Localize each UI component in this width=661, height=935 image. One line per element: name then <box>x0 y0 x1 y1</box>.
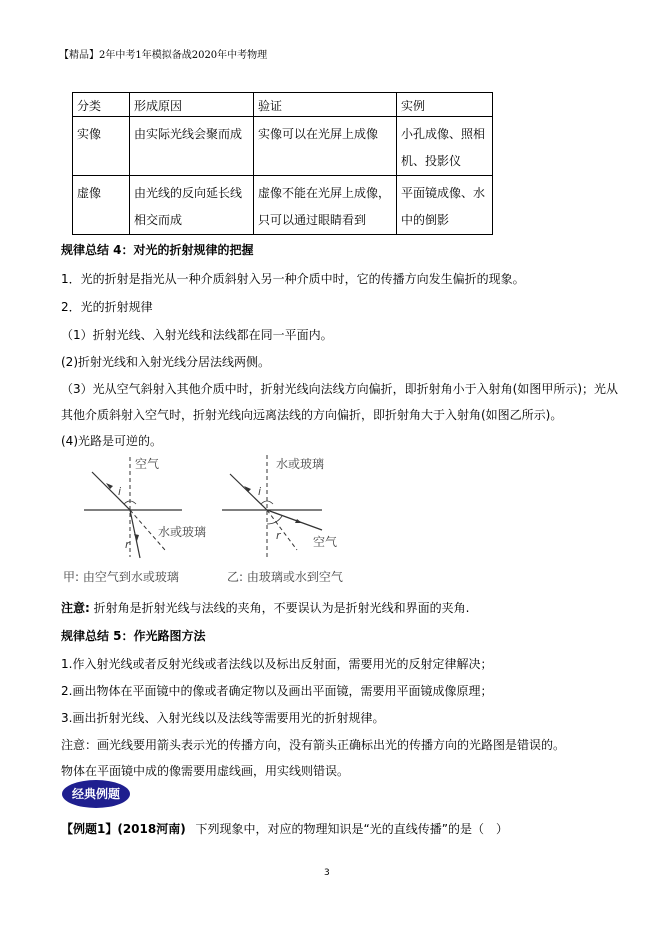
paragraph: 1.作入射光线或者反射光线或者法线以及标出反射面，需要用光的反射定律解决； <box>61 655 492 672</box>
classic-example-badge: 经典例题 <box>62 780 130 808</box>
table-header-row: 分类 形成原因 验证 实例 <box>73 93 493 117</box>
note-label: 注意: <box>61 601 90 615</box>
table-cell: 实像可以在光屏上成像 <box>254 117 397 176</box>
note1: 注意: 折射角是折射光线与法线的夹角，不要误认为是折射光线和界面的夹角. <box>61 599 469 616</box>
figure-right-i-label: i <box>258 485 261 498</box>
example-text: 下列现象中，对应的物理知识是“光的直线传播”的是（ ） <box>196 822 508 836</box>
paragraph: (2)折射光线和入射光线分居法线两侧。 <box>61 353 270 370</box>
paragraph: 3.画出折射光线、入射光线以及法线等需要用光的折射规律。 <box>61 709 384 726</box>
figure-left-r-label: r <box>125 538 130 551</box>
example-question: 【例题1】(2018河南) 下列现象中，对应的物理知识是“光的直线传播”的是（ … <box>61 820 508 837</box>
paragraph: (4)光路是可逆的。 <box>61 432 162 449</box>
image-type-table: 分类 形成原因 验证 实例 实像 由实际光线会聚而成 实像可以在光屏上成像 小孔… <box>72 92 493 235</box>
table-header-cell: 形成原因 <box>130 93 254 117</box>
figure-left-i-label: i <box>118 485 121 498</box>
figure-right-bottom-label: 空气 <box>313 533 337 550</box>
note-text: 折射角是折射光线与法线的夹角，不要误认为是折射光线和界面的夹角. <box>94 601 470 615</box>
paragraph: 1．光的折射是指光从一种介质斜射入另一种介质中时，它的传播方向发生偏折的现象。 <box>61 270 525 287</box>
table-row: 实像 由实际光线会聚而成 实像可以在光屏上成像 小孔成像、照相机、投影仪 <box>73 117 493 176</box>
figure-left-top-label: 空气 <box>135 455 159 472</box>
table-header-cell: 分类 <box>73 93 130 117</box>
table-cell: 虚像 <box>73 176 130 235</box>
table-header-cell: 实例 <box>397 93 493 117</box>
figure-left-caption: 甲: 由空气到水或玻璃 <box>63 568 179 585</box>
table-row: 虚像 由光线的反向延长线相交而成 虚像不能在光屏上成像，只可以通过眼睛看到 平面… <box>73 176 493 235</box>
paragraph: 其他介质斜射入空气时，折射光线向远离法线的方向偏折，即折射角大于入射角(如图乙所… <box>61 406 562 423</box>
table-cell: 平面镜成像、水中的倒影 <box>397 176 493 235</box>
table-cell: 小孔成像、照相机、投影仪 <box>397 117 493 176</box>
table-cell: 虚像不能在光屏上成像，只可以通过眼睛看到 <box>254 176 397 235</box>
table-cell: 实像 <box>73 117 130 176</box>
table-header-cell: 验证 <box>254 93 397 117</box>
figure-right-top-label: 水或玻璃 <box>276 455 324 472</box>
table-cell: 由光线的反向延长线相交而成 <box>130 176 254 235</box>
paragraph: 注意：画光线要用箭头表示光的传播方向，没有箭头正确标出光的传播方向的光路图是错误… <box>61 736 565 753</box>
figure-left-bottom-label: 水或玻璃 <box>158 523 206 540</box>
figure-right-r-label: r <box>276 529 281 542</box>
figure-right-caption: 乙: 由玻璃或水到空气 <box>227 568 343 585</box>
paragraph: （3）光从空气斜射入其他介质中时，折射光线向法线方向偏折，即折射角小于入射角(如… <box>61 380 618 397</box>
table-cell: 由实际光线会聚而成 <box>130 117 254 176</box>
section5-title: 规律总结 5：作光路图方法 <box>61 627 206 644</box>
page-header: 【精品】2年中考1年模拟备战2020年中考物理 <box>59 46 267 61</box>
paragraph: 物体在平面镜中成的像需要用虚线画，用实线则错误。 <box>61 762 349 779</box>
page-number: 3 <box>324 868 330 878</box>
paragraph: 2.画出物体在平面镜中的像或者确定物以及画出平面镜，需要用平面镜成像原理； <box>61 682 492 699</box>
example-tag: 【例题1】(2018河南) <box>61 822 186 836</box>
paragraph: （1）折射光线、入射光线和法线都在同一平面内。 <box>61 326 333 343</box>
paragraph: 2．光的折射规律 <box>61 298 153 315</box>
section4-title: 规律总结 4：对光的折射规律的把握 <box>61 241 254 258</box>
